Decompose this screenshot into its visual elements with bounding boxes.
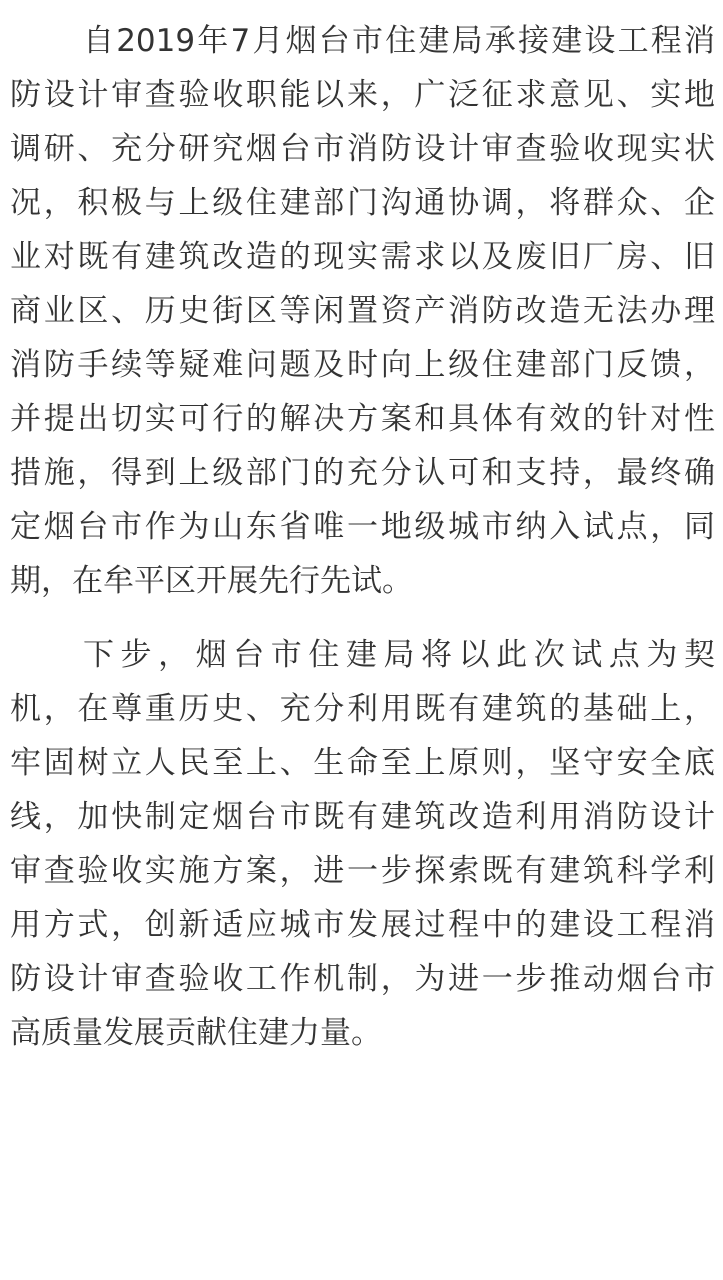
paragraph-1: 自2019年7月烟台市住建局承接建设工程消 防设计审查验收职能以来，广泛征求意见… <box>10 14 715 608</box>
paragraph-2: 下步，烟台市住建局将以此次试点为契 机，在尊重历史、充分利用既有建筑的基础上， … <box>10 628 715 1060</box>
text-line: 措施，得到上级部门的充分认可和支持，最终确 <box>10 446 715 500</box>
text-line: 牢固树立人民至上、生命至上原则，坚守安全底 <box>10 736 715 790</box>
article-body: 自2019年7月烟台市住建局承接建设工程消 防设计审查验收职能以来，广泛征求意见… <box>10 14 715 1060</box>
text-line: 消防手续等疑难问题及时向上级住建部门反馈， <box>10 338 715 392</box>
text-line: 商业区、历史街区等闲置资产消防改造无法办理 <box>10 284 715 338</box>
text-line: 况，积极与上级住建部门沟通协调，将群众、企 <box>10 176 715 230</box>
text-line: 审查验收实施方案，进一步探索既有建筑科学利 <box>10 844 715 898</box>
text-line: 自2019年7月烟台市住建局承接建设工程消 <box>10 14 715 68</box>
text-line: 用方式，创新适应城市发展过程中的建设工程消 <box>10 898 715 952</box>
text-line: 防设计审查验收工作机制，为进一步推动烟台市 <box>10 952 715 1006</box>
paragraph-spacer <box>10 608 715 628</box>
text-line: 机，在尊重历史、充分利用既有建筑的基础上， <box>10 682 715 736</box>
text-line: 防设计审查验收职能以来，广泛征求意见、实地 <box>10 68 715 122</box>
text-line: 线，加快制定烟台市既有建筑改造利用消防设计 <box>10 790 715 844</box>
text-line: 下步，烟台市住建局将以此次试点为契 <box>10 628 715 682</box>
text-line: 高质量发展贡献住建力量。 <box>10 1006 715 1060</box>
text-line: 定烟台市作为山东省唯一地级城市纳入试点，同 <box>10 500 715 554</box>
text-line: 调研、充分研究烟台市消防设计审查验收现实状 <box>10 122 715 176</box>
text-line: 期，在牟平区开展先行先试。 <box>10 554 715 608</box>
text-line: 并提出切实可行的解决方案和具体有效的针对性 <box>10 392 715 446</box>
text-line: 业对既有建筑改造的现实需求以及废旧厂房、旧 <box>10 230 715 284</box>
